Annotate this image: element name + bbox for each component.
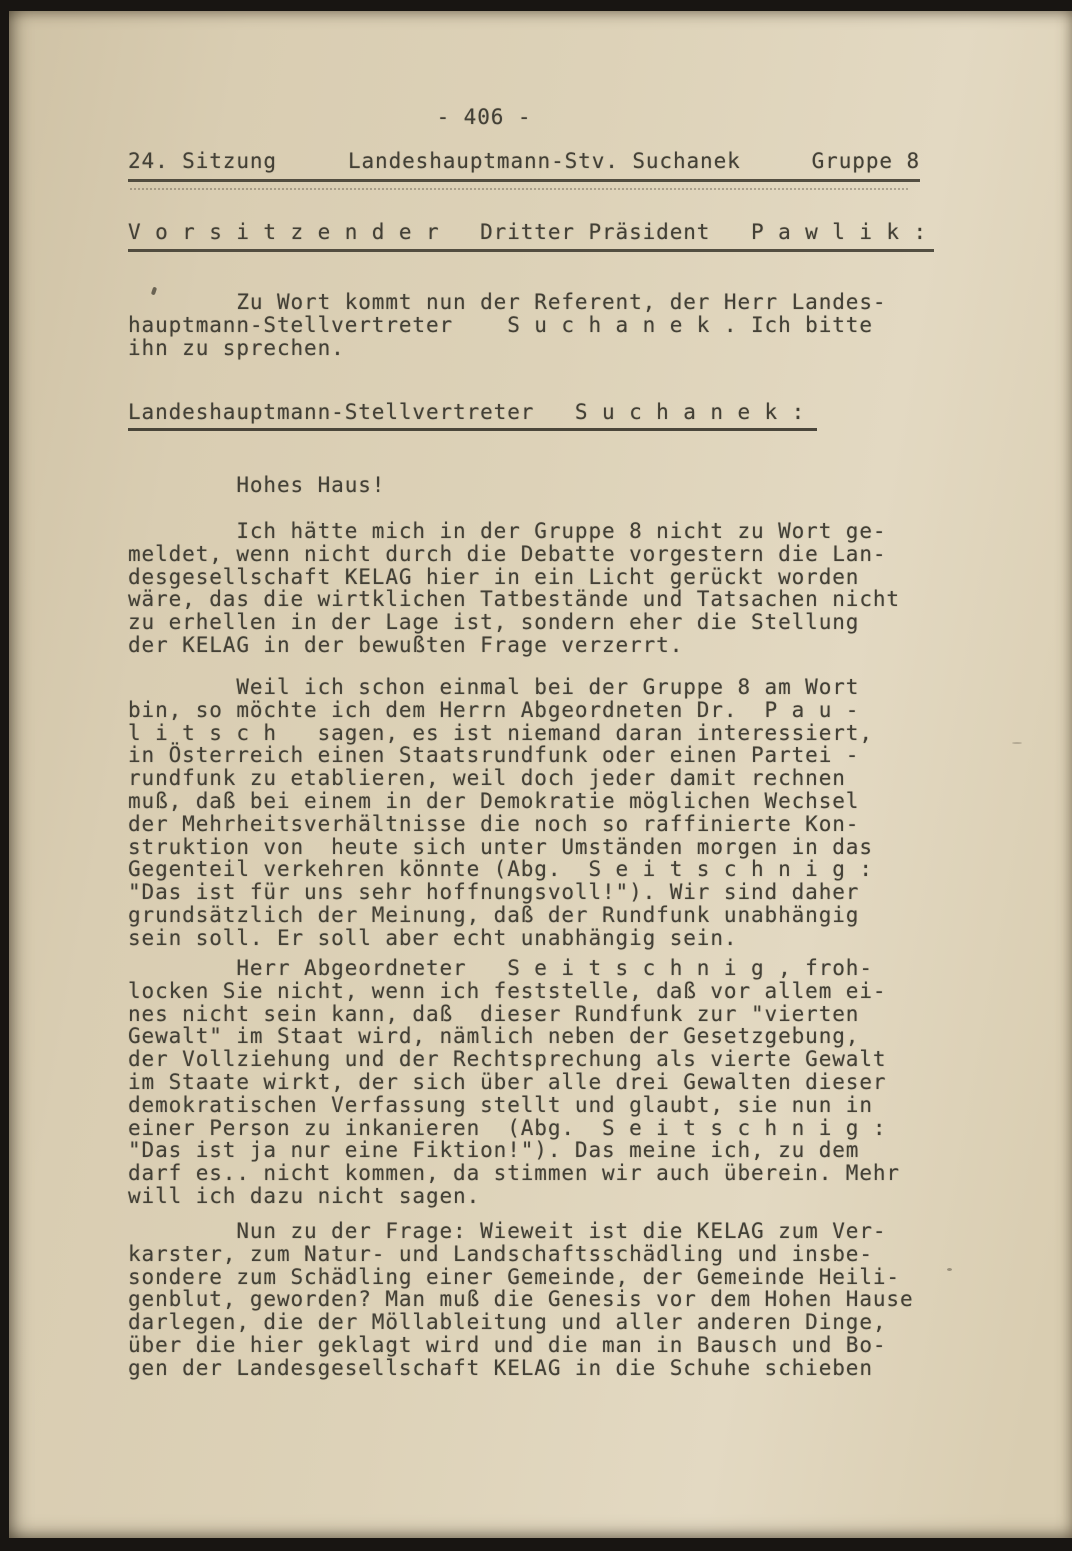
header-session-number: 24. Sitzung <box>128 150 277 173</box>
running-header: 24. Sitzung Landeshauptmann-Stv. Suchane… <box>128 150 920 182</box>
scan-speck <box>947 1268 952 1271</box>
speech-paragraph: Ich hätte mich in der Gruppe 8 nicht zu … <box>128 520 900 657</box>
header-speaker-name: Landeshauptmann-Stv. Suchanek <box>348 150 741 173</box>
header-ghost-underline <box>130 188 908 190</box>
speech-paragraph: Nun zu der Frage: Wieweit ist die KELAG … <box>128 1220 914 1380</box>
header-group-label: Gruppe 8 <box>812 150 920 173</box>
chair-heading: V o r s i t z e n d e r Dritter Präsiden… <box>128 221 934 252</box>
speaker-heading: Landeshauptmann-Stellvertreter S u c h a… <box>128 401 817 431</box>
page-number: - 406 - <box>128 106 840 129</box>
salutation-line: Hohes Haus! <box>128 474 385 497</box>
speech-paragraph: Herr Abgeordneter S e i t s c h n i g , … <box>128 957 900 1208</box>
speech-paragraph: Weil ich schon einmal bei der Gruppe 8 a… <box>128 676 873 950</box>
scanned-page: - 406 - 24. Sitzung Landeshauptmann-Stv.… <box>0 0 1072 1551</box>
scan-speck <box>1012 742 1022 744</box>
chair-statement-paragraph: Zu Wort kommt nun der Referent, der Herr… <box>128 291 886 359</box>
